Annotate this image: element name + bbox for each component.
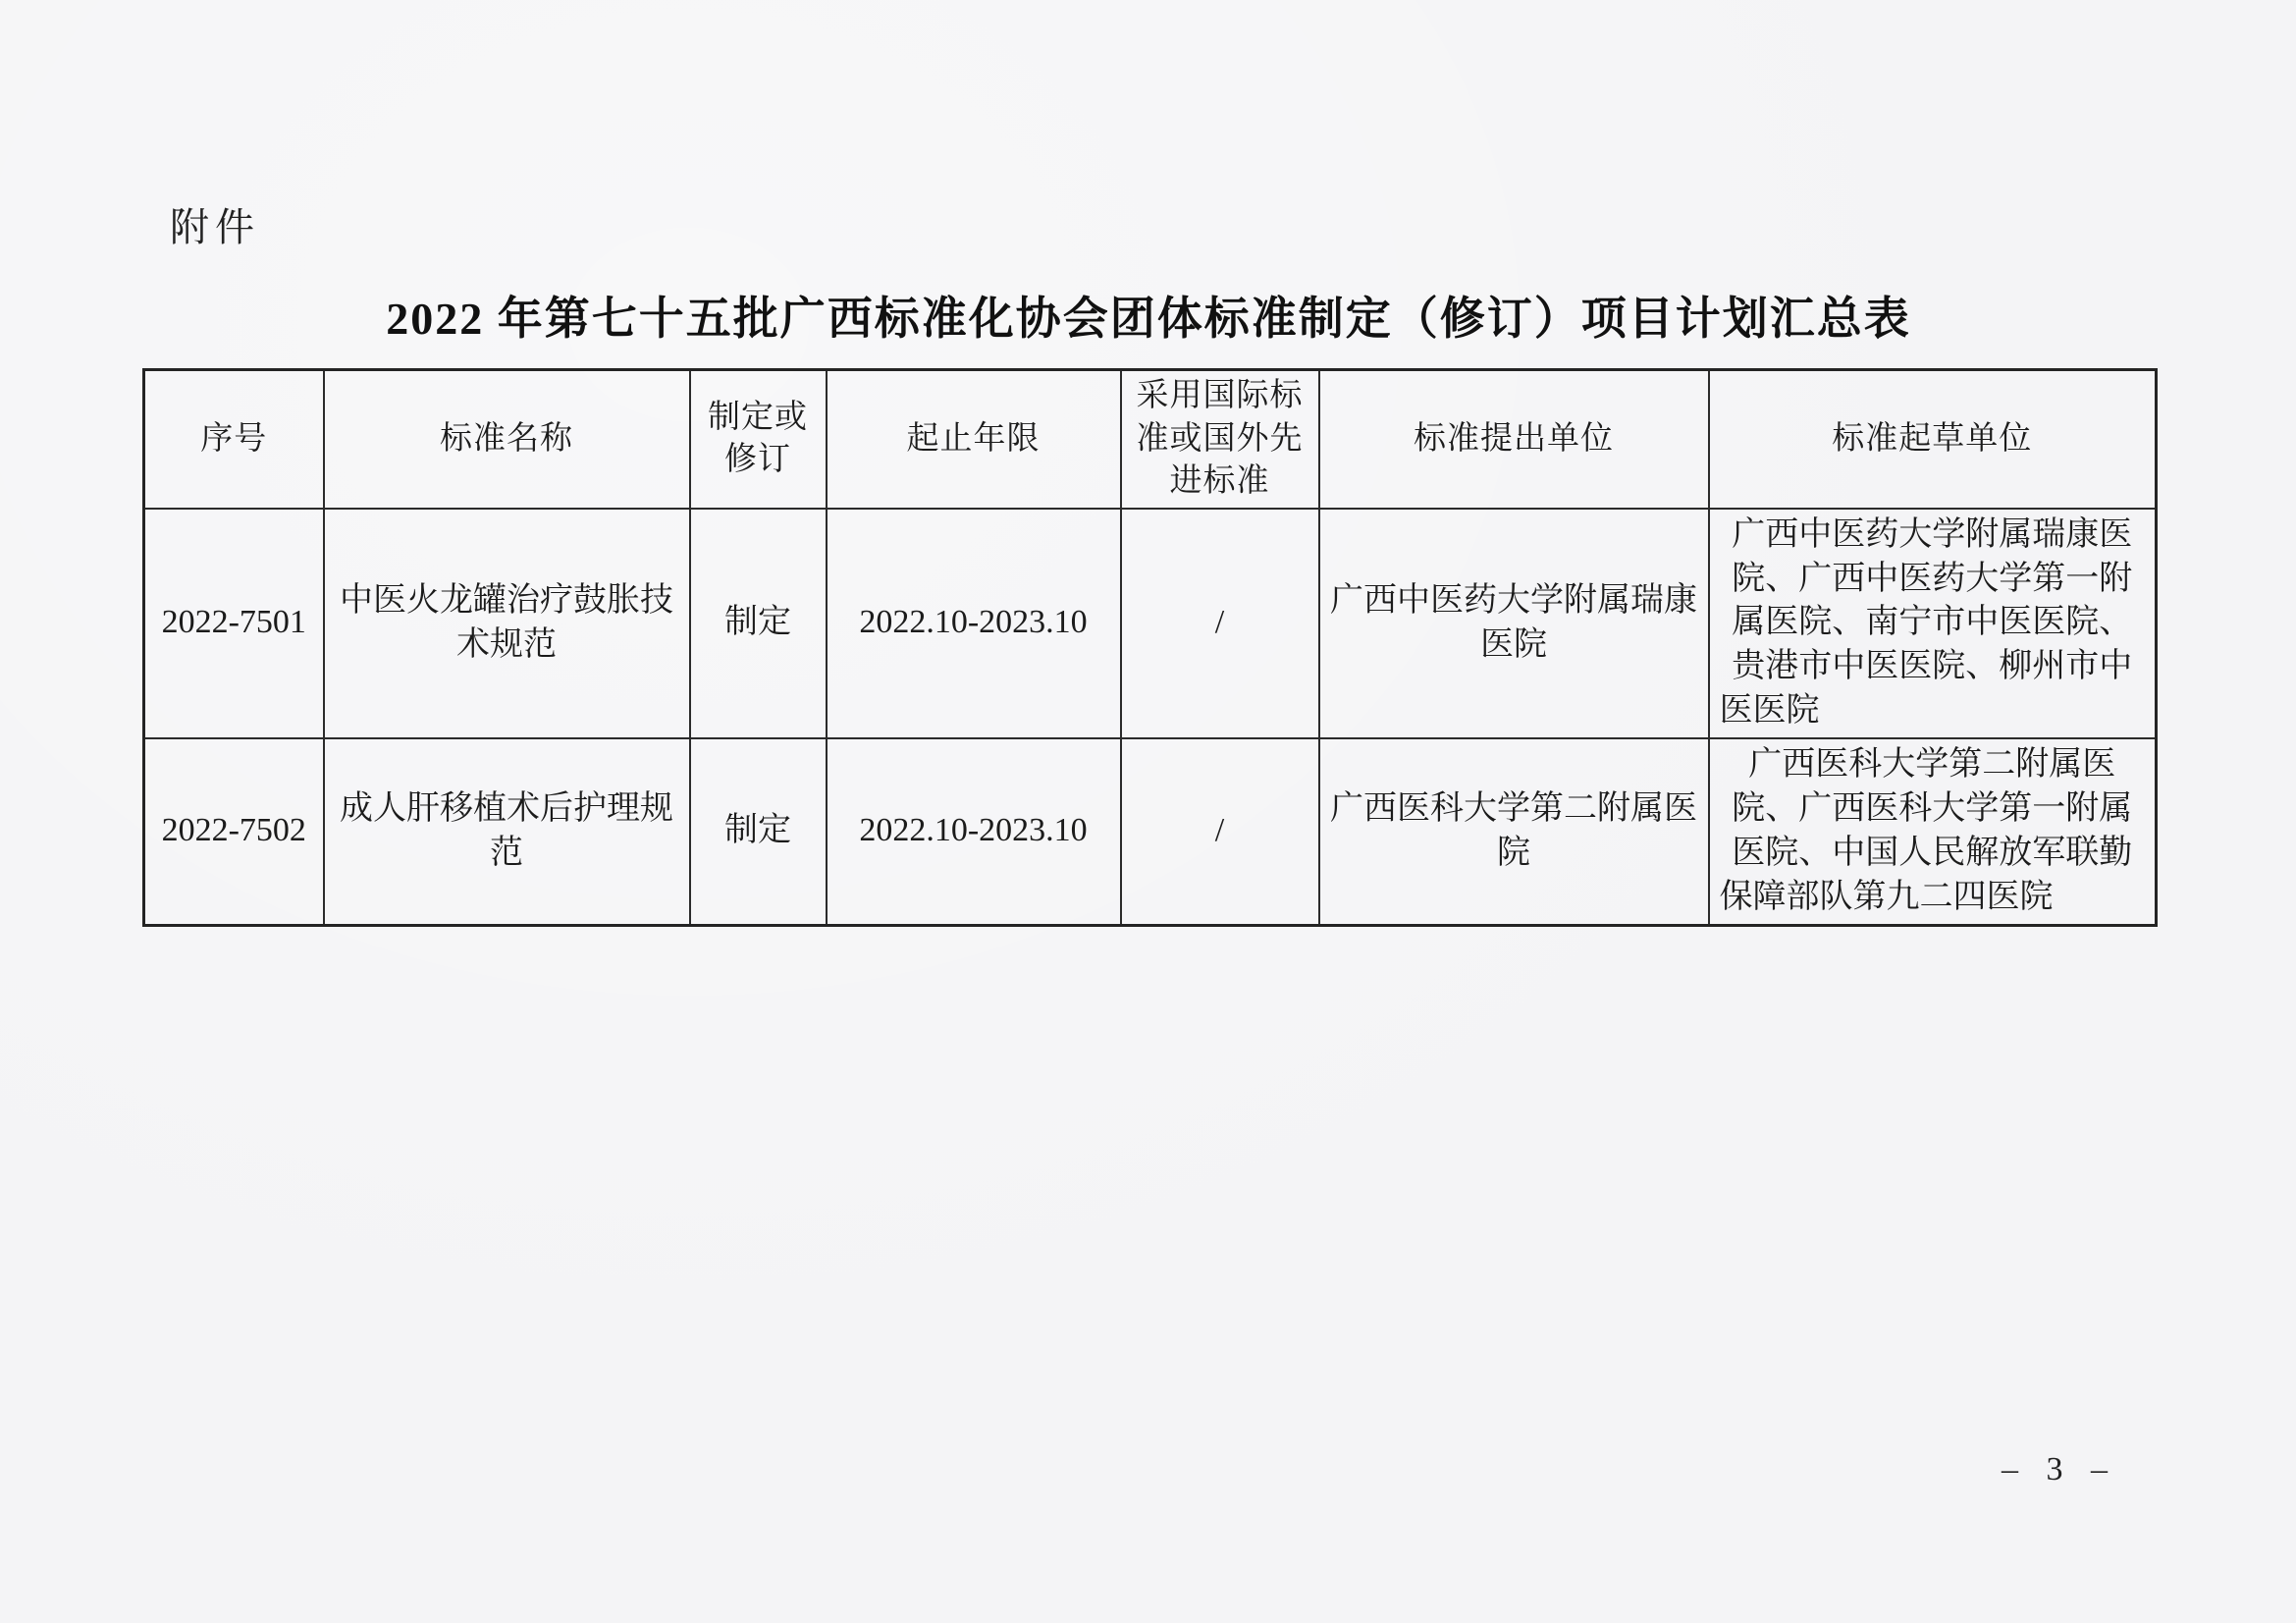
cell-standard-name: 中医火龙罐治疗鼓胀技术规范 [324,509,690,738]
cell-drafting-unit: 广西医科大学第二附属医院、广西医科大学第一附属医院、中国人民解放军联勤保障部队第… [1709,738,2157,925]
header-formulate-or-revise: 制定或修订 [690,370,827,509]
cell-adopt-international: / [1121,738,1319,925]
summary-table: 序号 标准名称 制定或修订 起止年限 采用国际标准或国外先进标准 标准提出单位 … [142,368,2158,927]
header-proposing-unit: 标准提出单位 [1319,370,1709,509]
cell-time-range: 2022.10-2023.10 [827,509,1121,738]
cell-drafting-unit: 广西中医药大学附属瑞康医院、广西中医药大学第一附属医院、南宁市中医医院、贵港市中… [1709,509,2157,738]
header-adopt-international: 采用国际标准或国外先进标准 [1121,370,1319,509]
cell-serial: 2022-7501 [144,509,324,738]
table-row: 2022-7502 成人肝移植术后护理规范 制定 2022.10-2023.10… [144,738,2157,925]
cell-proposing-unit: 广西医科大学第二附属医院 [1319,738,1709,925]
cell-proposing-unit: 广西中医药大学附属瑞康医院 [1319,509,1709,738]
cell-formulate-or-revise: 制定 [690,509,827,738]
cell-formulate-or-revise: 制定 [690,738,827,925]
page-number: – 3 – [2002,1451,2117,1488]
table-row: 2022-7501 中医火龙罐治疗鼓胀技术规范 制定 2022.10-2023.… [144,509,2157,738]
cell-serial: 2022-7502 [144,738,324,925]
header-standard-name: 标准名称 [324,370,690,509]
table-header-row: 序号 标准名称 制定或修订 起止年限 采用国际标准或国外先进标准 标准提出单位 … [144,370,2157,509]
cell-time-range: 2022.10-2023.10 [827,738,1121,925]
header-time-range: 起止年限 [827,370,1121,509]
cell-adopt-international: / [1121,509,1319,738]
header-drafting-unit: 标准起草单位 [1709,370,2157,509]
header-serial: 序号 [144,370,324,509]
attachment-label: 附件 [170,196,260,252]
page-title: 2022 年第七十五批广西标准化协会团体标准制定（修订）项目计划汇总表 [142,283,2155,348]
cell-standard-name: 成人肝移植术后护理规范 [324,738,690,925]
